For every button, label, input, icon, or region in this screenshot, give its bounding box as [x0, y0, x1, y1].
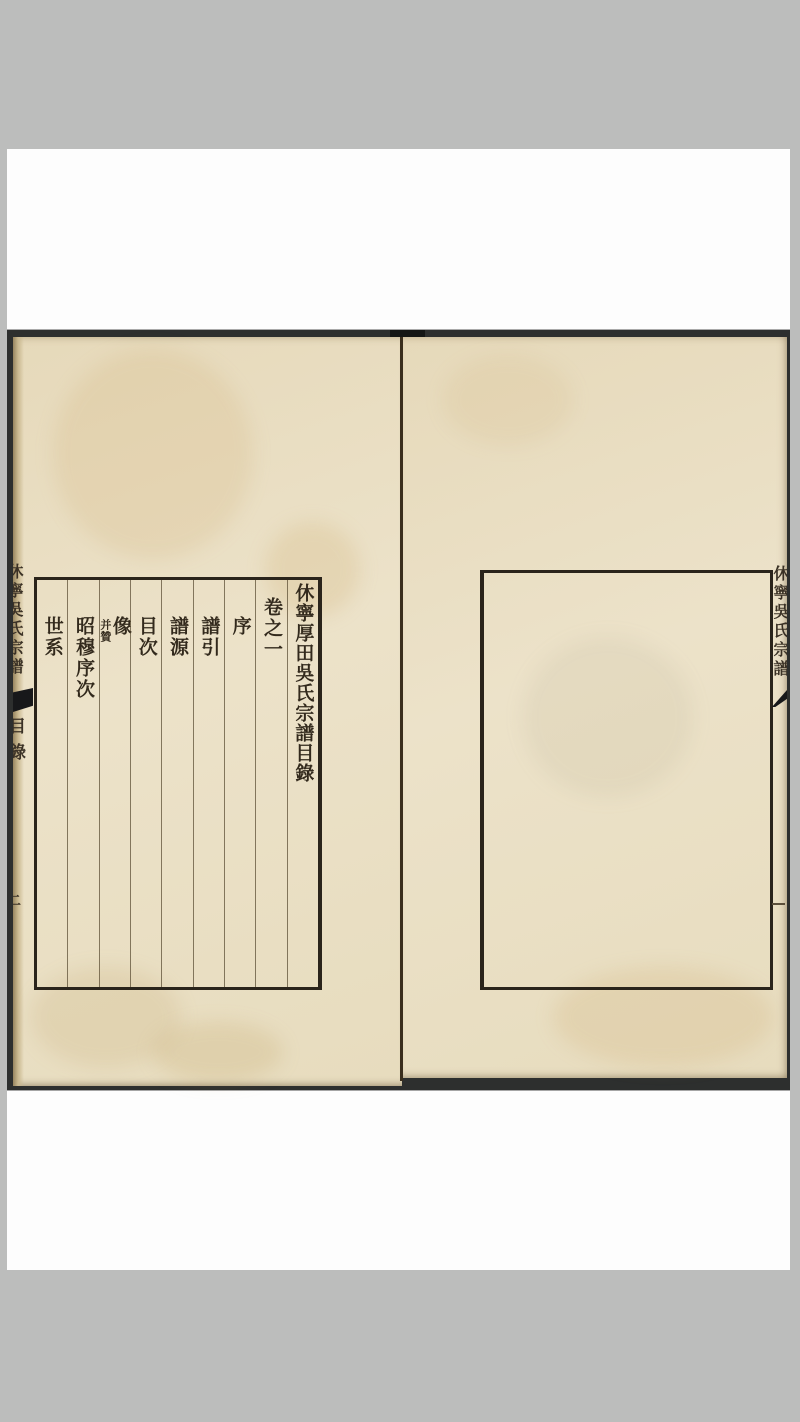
book-photo-background: 休寧吳氏宗譜 目錄 二 休寧厚田吳氏宗譜目錄 卷之一 序 [7, 330, 790, 1090]
book-page-right: 休寧吳氏宗譜 [403, 337, 787, 1078]
toc-table: 休寧厚田吳氏宗譜目錄 卷之一 序 譜引 譜源 目次 [34, 577, 322, 990]
toc-column: 像 并贊 [99, 580, 130, 987]
right-page-spine-column: 休寧吳氏宗譜 [772, 337, 787, 1078]
fishtail-marker-icon [772, 690, 787, 707]
toc-column: 譜引 [193, 580, 224, 987]
toc-column: 譜源 [161, 580, 192, 987]
toc-column: 卷之一 [255, 580, 286, 987]
paper-stain [53, 349, 253, 559]
toc-column: 休寧厚田吳氏宗譜目錄 [287, 580, 318, 987]
spine-section-label: 目錄 [13, 717, 23, 769]
toc-column: 目次 [130, 580, 161, 987]
book-page-left: 休寧吳氏宗譜 目錄 二 休寧厚田吳氏宗譜目錄 卷之一 序 [13, 337, 402, 1086]
spine-book-title: 休寧吳氏宗譜 [13, 563, 22, 677]
toc-entry: 世系 [43, 580, 62, 987]
toc-entry-main: 像 [110, 616, 132, 637]
toc-entry: 譜引 [199, 580, 218, 987]
toc-entry: 譜源 [168, 580, 187, 987]
toc-entry: 休寧厚田吳氏宗譜目錄 [293, 580, 312, 987]
toc-column: 世系 [37, 580, 67, 987]
toc-entry: 序 [231, 580, 250, 987]
spine-page-number: 二 [13, 893, 20, 907]
scanned-sheet: 休寧吳氏宗譜 目錄 二 休寧厚田吳氏宗譜目錄 卷之一 序 [7, 149, 790, 1270]
left-page-spine-column: 休寧吳氏宗譜 目錄 二 [13, 337, 34, 1086]
viewer-canvas: 休寧吳氏宗譜 目錄 二 休寧厚田吳氏宗譜目錄 卷之一 序 [0, 0, 800, 1422]
toc-entry: 昭穆序次 [74, 580, 93, 987]
spine-divider-line [772, 903, 785, 905]
toc-entry: 目次 [137, 580, 156, 987]
toc-entry-annotation: 并贊 [100, 619, 111, 987]
empty-ruled-frame [480, 570, 773, 990]
fishtail-marker-icon [13, 688, 33, 712]
spine-book-title: 休寧吳氏宗譜 [772, 565, 787, 679]
toc-column: 序 [224, 580, 255, 987]
toc-column: 昭穆序次 [67, 580, 98, 987]
paper-stain [443, 355, 573, 445]
toc-entry: 像 并贊 [100, 580, 130, 987]
toc-entry: 卷之一 [262, 580, 281, 987]
paper-stain [153, 1022, 283, 1082]
